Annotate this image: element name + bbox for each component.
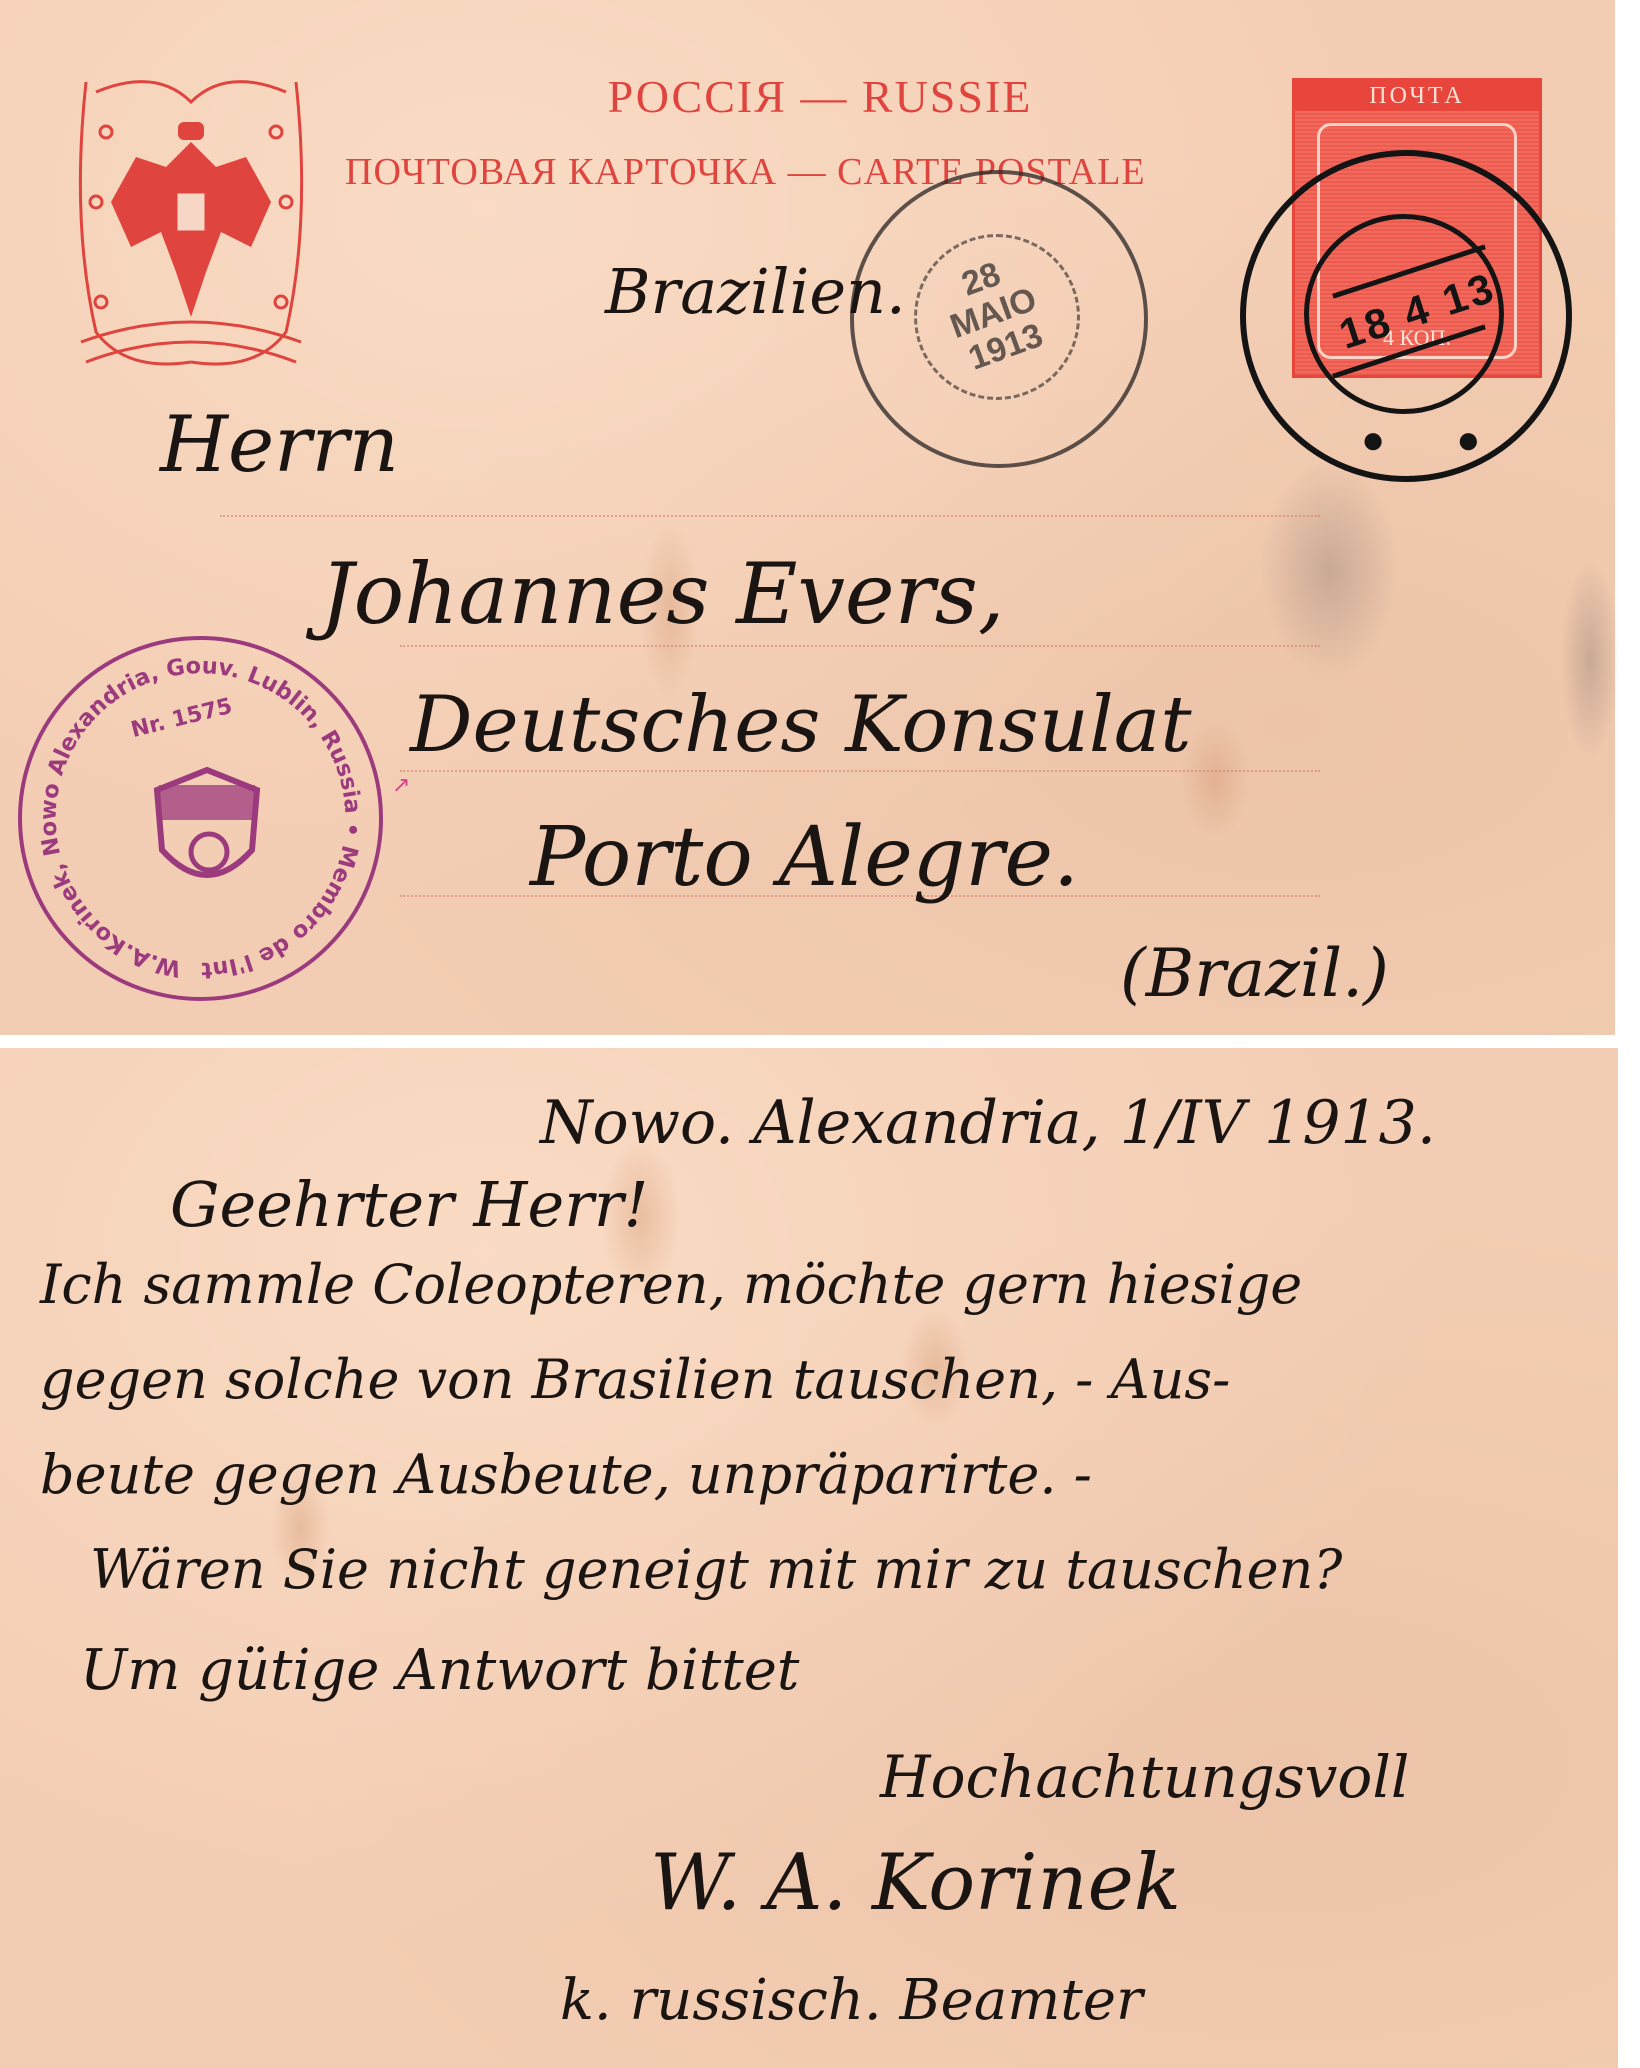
address-line <box>220 515 1320 517</box>
handwritten-closing: Hochachtungsvoll <box>880 1743 1409 1811</box>
handwritten-signature: W. A. Korinek <box>650 1838 1181 1928</box>
printed-subtitle: ПОЧТОВАЯ КАРТОЧКА — CARTE POSTALE <box>345 150 1275 194</box>
letter-line: Um gütige Antwort bittet <box>80 1638 799 1703</box>
handwritten-recipient-name: Johannes Evers, <box>320 545 1005 643</box>
handwritten-city: Porto Alegre. <box>530 810 1079 905</box>
handwritten-greeting: Geehrter Herr! <box>170 1168 648 1241</box>
handwritten-sender-title: k. russisch. Beamter <box>560 1968 1143 2033</box>
handwritten-address-line: Deutsches Konsulat <box>410 680 1192 770</box>
ink-smudge <box>1260 460 1400 680</box>
postcard-front: РОССІЯ — RUSSIE ПОЧТОВАЯ КАРТОЧКА — CART… <box>0 0 1615 1035</box>
stamp-label: ПОЧТА <box>1295 81 1539 111</box>
postmark-dots: ● ● <box>1361 418 1510 463</box>
letter-line: beute gegen Ausbeute, unpräparirte. - <box>40 1443 1092 1506</box>
russian-postmark: 18 4 13 ● ● <box>1240 150 1572 482</box>
postcard-back: Nowo. Alexandria, 1/IV 1913. Geehrter He… <box>0 1048 1618 2068</box>
handwritten-place-date: Nowo. Alexandria, 1/IV 1913. <box>540 1088 1436 1158</box>
red-arrow-mark: ↗ <box>392 772 410 798</box>
handwritten-country-note: Brazilien. <box>605 255 906 328</box>
ink-smudge <box>1560 560 1620 760</box>
address-line <box>400 770 1320 772</box>
handwritten-salutation: Herrn <box>160 400 399 490</box>
double-headed-eagle-crest-icon <box>66 72 316 372</box>
handwritten-country: (Brazil.) <box>1120 935 1389 1012</box>
postmark-inner-ring: 18 4 13 <box>1304 214 1504 414</box>
shield-emblem-icon <box>147 760 267 900</box>
printed-title: РОССІЯ — RUSSIE <box>560 70 1080 123</box>
letter-line: Ich sammle Coleopteren, möchte gern hies… <box>40 1253 1302 1316</box>
address-line <box>400 645 1320 647</box>
postmark-date: 18 4 13 <box>1334 263 1502 358</box>
sender-handstamp: W.A.Korinek, Nowo Alexandria, Gouv. Lubl… <box>18 636 383 1001</box>
letter-line: gegen solche von Brasilien tauschen, - A… <box>40 1348 1230 1411</box>
letter-line: Wären Sie nicht geneigt mit mir zu tausc… <box>90 1538 1342 1601</box>
